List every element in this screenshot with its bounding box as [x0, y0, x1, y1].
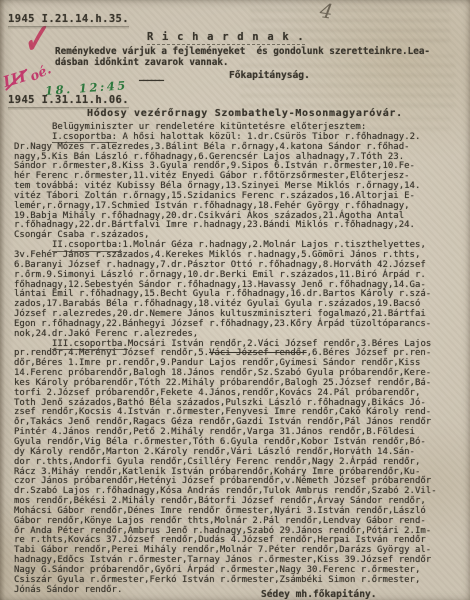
group2-lines: 3v.Fehér János r.százados,4.Kerekes Mikl… — [14, 251, 464, 340]
document-title: R i c h a r d n a k . — [147, 31, 305, 45]
group1-lines: Dr.Nagy Mózes r.alezredes,3.Bálint Béla … — [14, 143, 464, 241]
group1-first-line-rest: A hősi halottak közül: 1.dr.Csürös Tibor… — [117, 132, 420, 142]
pink-group-mark-annotation: III — [1, 67, 29, 91]
scanned-document-page: 4 ✓ III oé. 18. 12:45 1945 I.21.14.h.35.… — [0, 0, 470, 600]
addressee-line: Hódosy vezérőrnagy Szombathely-Mosonmagy… — [87, 108, 403, 119]
document-body: Belügyminiszter ur rendeletére kitünteté… — [14, 123, 464, 596]
group3-line2-post: ,6.Béres József pr.ren- — [307, 348, 432, 358]
final-signature: Sédey mh.főkapitány. — [261, 589, 377, 600]
message-body: Reménykedve várjuk a fejleményeket és go… — [55, 47, 430, 68]
group3-line2-pre: pr.rendőr,4.Merényi József rendőr,5. — [14, 348, 209, 358]
struck-name: Váci József rendőr — [209, 348, 307, 358]
received-timestamp: 1945 I.21.14.h.35. — [8, 13, 129, 27]
separator-dashes: —————— — [139, 76, 163, 86]
group3-lines: dőr,Béres 1.Imre pr.rendőr,9.Pandur Lajo… — [14, 359, 464, 595]
group2-first-line-rest: 1.Molnár Géza r.hadnagy,2.Molnár Lajos r… — [122, 240, 425, 250]
pink-suffix-annotation: oé. — [28, 62, 54, 84]
second-timestamp: 1945 I.31.11.h.06. — [8, 94, 129, 108]
pencil-page-number: 4 — [318, 0, 334, 24]
message-signature: Főkapitányság. — [229, 70, 310, 81]
